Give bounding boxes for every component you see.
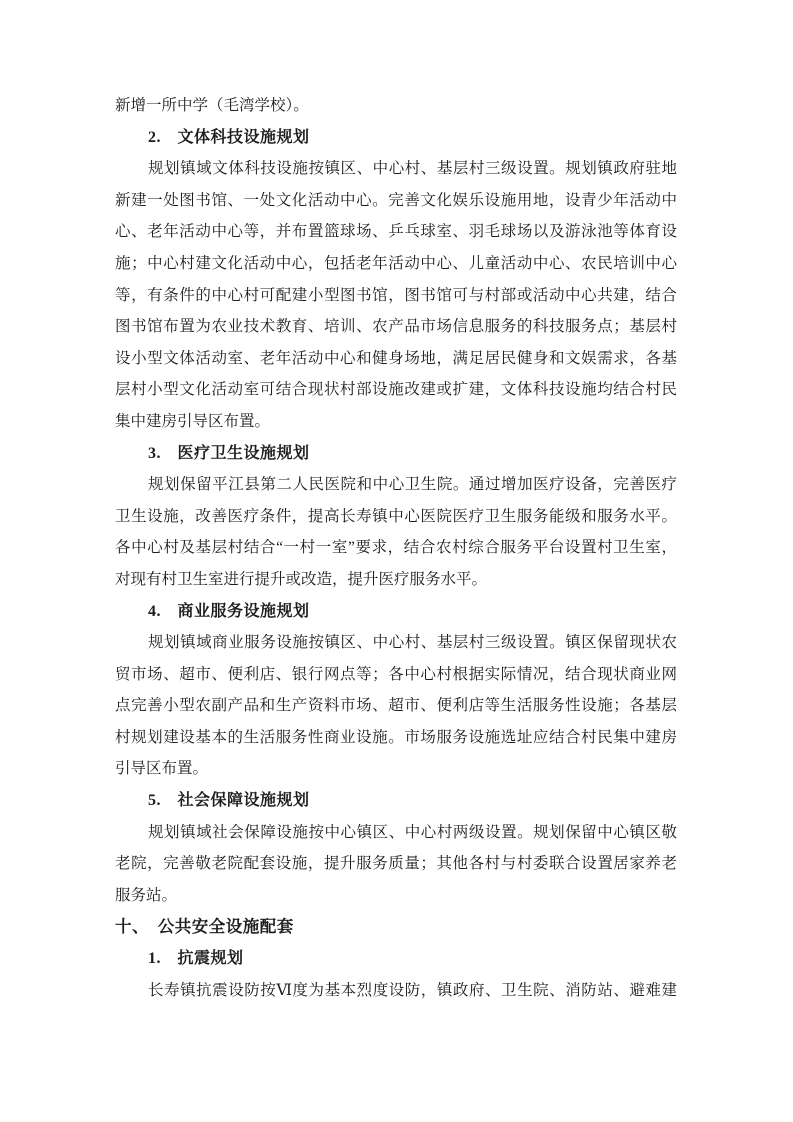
paragraph-line: 规划保留平江县第二人民医院和中心卫生院。通过增加医疗设备，完善医疗	[115, 469, 677, 501]
paragraph-line: 对现有村卫生室进行提升或改造，提升医疗服务水平。	[115, 564, 677, 596]
chapter-heading: 十、 公共安全设施配套	[115, 911, 677, 943]
section-heading: 4. 商业服务设施规划	[115, 596, 677, 628]
paragraph-line: 村规划建设基本的生活服务性商业设施。市场服务设施选址应结合村民集中建房	[115, 722, 677, 754]
paragraph-line: 心、老年活动中心等，并布置篮球场、乒乓球室、羽毛球场以及游泳池等体育设	[115, 216, 677, 248]
paragraph-line: 点完善小型农副产品和生产资料市场、超市、便利店等生活服务性设施；各基层	[115, 690, 677, 722]
paragraph-line: 施；中心村建文化活动中心，包括老年活动中心、儿童活动中心、农民培训中心	[115, 248, 677, 280]
section-heading: 5. 社会保障设施规划	[115, 785, 677, 817]
paragraph-line: 老院，完善敬老院配套设施，提升服务质量；其他各村与村委联合设置居家养老	[115, 848, 677, 880]
paragraph-line: 新建一处图书馆、一处文化活动中心。完善文化娱乐设施用地，设青少年活动中	[115, 185, 677, 217]
paragraph-line: 引导区布置。	[115, 753, 677, 785]
paragraph-line: 长寿镇抗震设防按Ⅵ度为基本烈度设防，镇政府、卫生院、消防站、避难建	[115, 975, 677, 1007]
section-heading: 2. 文体科技设施规划	[115, 122, 677, 154]
paragraph-line: 设小型文体活动室、老年活动中心和健身场地，满足居民健身和文娱需求，各基	[115, 343, 677, 375]
paragraph-line: 图书馆布置为农业技术教育、培训、农产品市场信息服务的科技服务点；基层村	[115, 311, 677, 343]
paragraph-line: 卫生设施，改善医疗条件，提高长寿镇中心医院医疗卫生服务能级和服务水平。	[115, 501, 677, 533]
paragraph-line: 贸市场、超市、便利店、银行网点等；各中心村根据实际情况，结合现状商业网	[115, 659, 677, 691]
section-heading: 3. 医疗卫生设施规划	[115, 438, 677, 470]
paragraph-line: 集中建房引导区布置。	[115, 406, 677, 438]
paragraph-line: 规划镇域商业服务设施按镇区、中心村、基层村三级设置。镇区保留现状农	[115, 627, 677, 659]
paragraph-line: 新增一所中学（毛湾学校）。	[115, 90, 677, 122]
paragraph-line: 规划镇域社会保障设施按中心镇区、中心村两级设置。规划保留中心镇区敬	[115, 817, 677, 849]
page-content: 新增一所中学（毛湾学校）。2. 文体科技设施规划规划镇域文体科技设施按镇区、中心…	[115, 90, 677, 1006]
paragraph-line: 各中心村及基层村结合“一村一室”要求，结合农村综合服务平台设置村卫生室，	[115, 532, 677, 564]
section-heading: 1. 抗震规划	[115, 943, 677, 975]
paragraph-line: 规划镇域文体科技设施按镇区、中心村、基层村三级设置。规划镇政府驻地	[115, 153, 677, 185]
paragraph-line: 层村小型文化活动室可结合现状村部设施改建或扩建，文体科技设施均结合村民	[115, 374, 677, 406]
paragraph-line: 服务站。	[115, 880, 677, 912]
paragraph-line: 等，有条件的中心村可配建小型图书馆，图书馆可与村部或活动中心共建，结合	[115, 280, 677, 312]
document-page: 新增一所中学（毛湾学校）。2. 文体科技设施规划规划镇域文体科技设施按镇区、中心…	[0, 0, 793, 1122]
